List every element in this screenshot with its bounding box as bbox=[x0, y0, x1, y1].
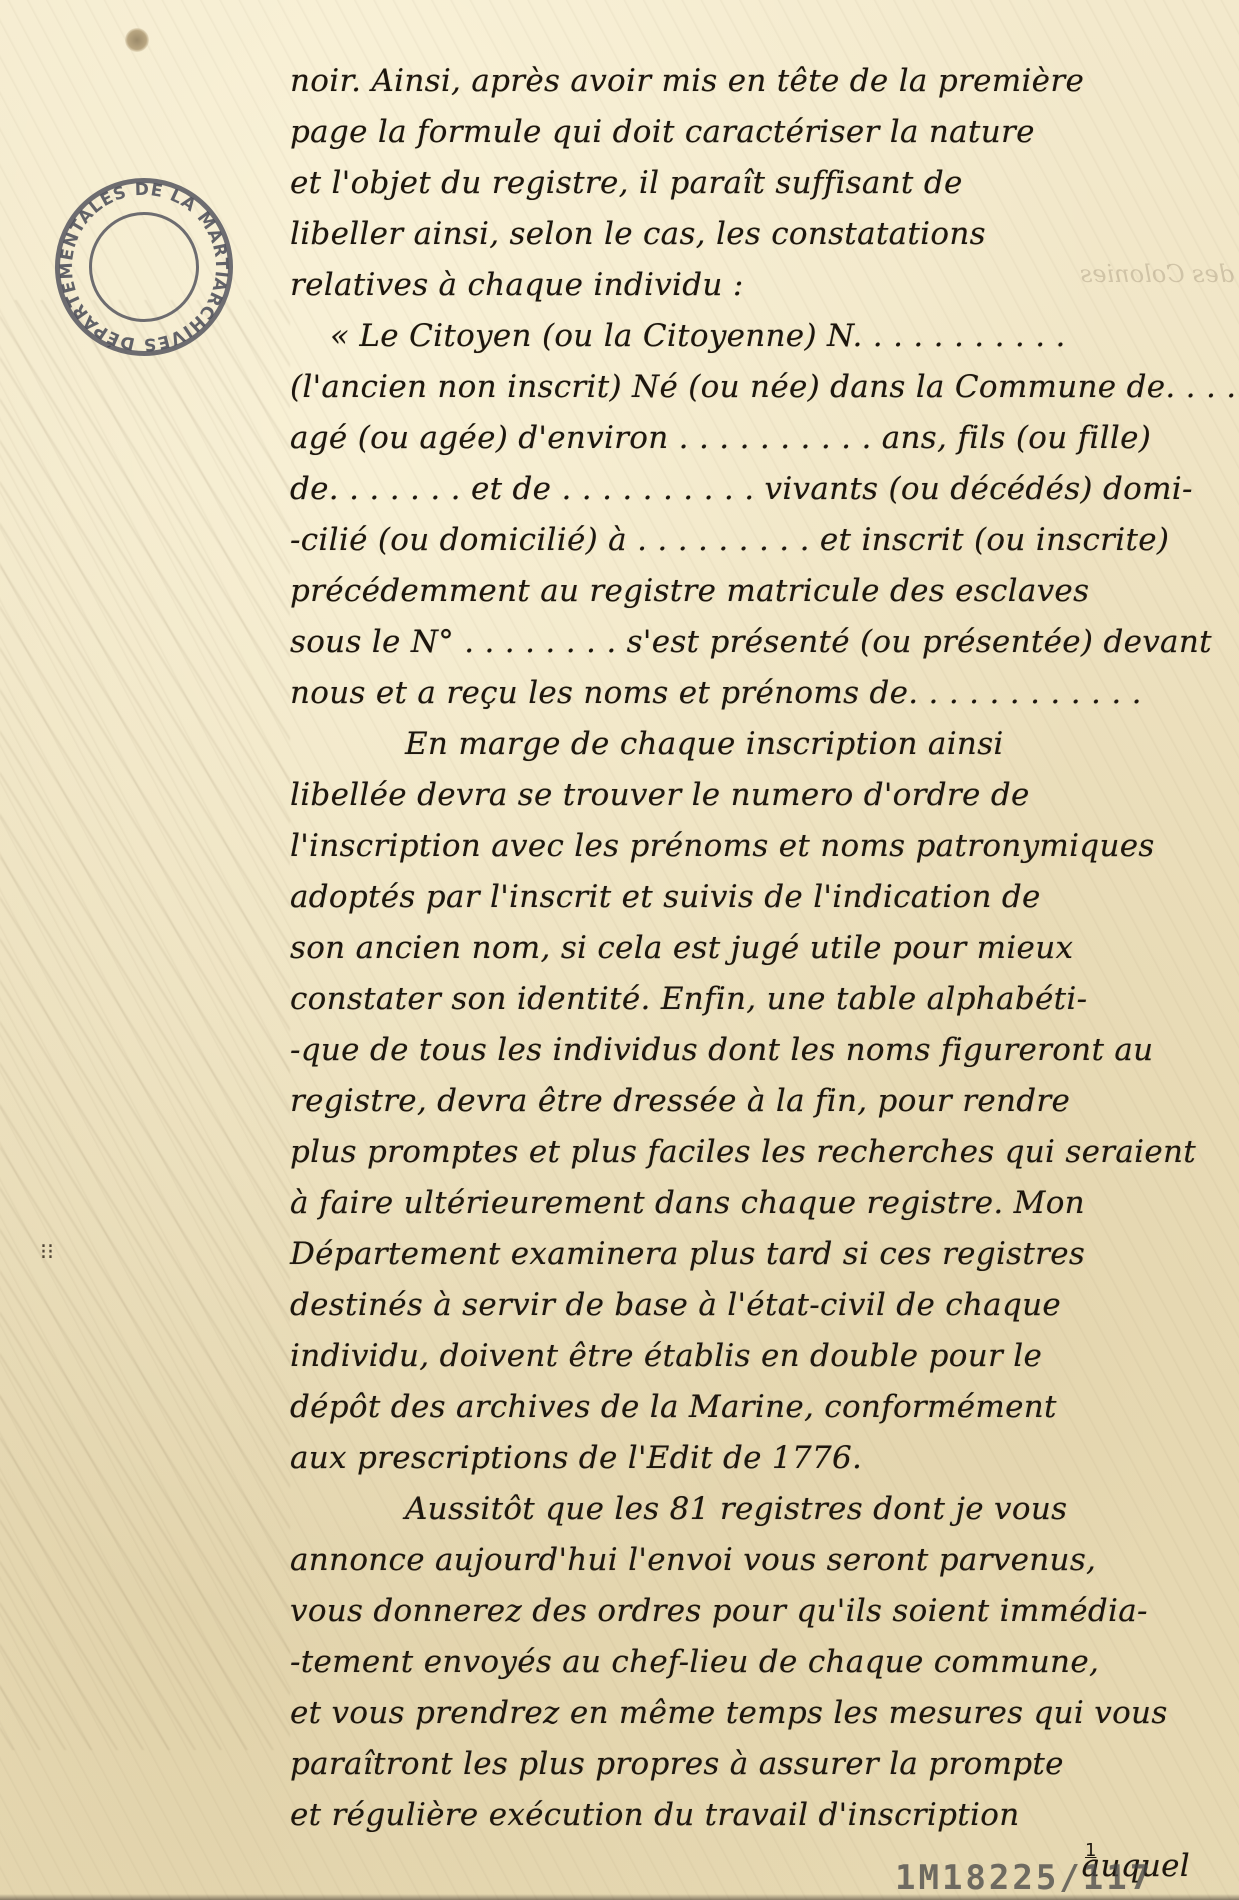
archive-stamp: ARCHIVES DÉPARTEMENTALES DE LA MARTINIQU… bbox=[43, 166, 244, 367]
handwritten-text-block: noir. Ainsi, après avoir mis en tête de … bbox=[290, 56, 1210, 1892]
text-line: vous donnerez des ordres pour qu'ils soi… bbox=[290, 1586, 1210, 1637]
text-line: agé (ou agée) d'environ . . . . . . . . … bbox=[290, 413, 1210, 464]
text-line: libeller ainsi, selon le cas, les consta… bbox=[290, 209, 1210, 260]
text-line: constater son identité. Enfin, une table… bbox=[290, 974, 1210, 1025]
text-line: (l'ancien non inscrit) Né (ou née) dans … bbox=[290, 362, 1210, 413]
text-line: relatives à chaque individu : bbox=[290, 260, 1210, 311]
text-line: destinés à servir de base à l'état-civil… bbox=[290, 1280, 1210, 1331]
text-line: et l'objet du registre, il paraît suffis… bbox=[290, 158, 1210, 209]
text-line: -que de tous les individus dont les noms… bbox=[290, 1025, 1210, 1076]
margin-marks: ⁝⁝ bbox=[40, 1240, 54, 1265]
text-line: Département examinera plus tard si ces r… bbox=[290, 1229, 1210, 1280]
text-line: page la formule qui doit caractériser la… bbox=[290, 107, 1210, 158]
text-line: dépôt des archives de la Marine, conform… bbox=[290, 1382, 1210, 1433]
text-line: de. . . . . . . et de . . . . . . . . . … bbox=[290, 464, 1210, 515]
text-line: annonce aujourd'hui l'envoi vous seront … bbox=[290, 1535, 1210, 1586]
text-line: « Le Citoyen (ou la Citoyenne) N. . . . … bbox=[290, 311, 1210, 362]
text-line: précédemment au registre matricule des e… bbox=[290, 566, 1210, 617]
binding-hole bbox=[125, 28, 149, 52]
text-line: -cilié (ou domicilié) à . . . . . . . . … bbox=[290, 515, 1210, 566]
text-line: et vous prendrez en même temps les mesur… bbox=[290, 1688, 1210, 1739]
text-line: son ancien nom, si cela est jugé utile p… bbox=[290, 923, 1210, 974]
text-line: libellée devra se trouver le numero d'or… bbox=[290, 770, 1210, 821]
text-line: -tement envoyés au chef-lieu de chaque c… bbox=[290, 1637, 1210, 1688]
text-line: aux prescriptions de l'Edit de 1776. bbox=[290, 1433, 1210, 1484]
archive-reference: 1M18225/117 bbox=[895, 1858, 1153, 1898]
text-line: à faire ultérieurement dans chaque regis… bbox=[290, 1178, 1210, 1229]
text-line: nous et a reçu les noms et prénoms de. .… bbox=[290, 668, 1210, 719]
text-line: individu, doivent être établis en double… bbox=[290, 1331, 1210, 1382]
text-line: sous le N° . . . . . . . . s'est présent… bbox=[290, 617, 1210, 668]
paragraph-start-line: Aussitôt que les 81 registres dont je vo… bbox=[290, 1484, 1210, 1535]
text-line: paraîtront les plus propres à assurer la… bbox=[290, 1739, 1210, 1790]
text-line: et régulière exécution du travail d'insc… bbox=[290, 1790, 1210, 1841]
text-line: registre, devra être dressée à la fin, p… bbox=[290, 1076, 1210, 1127]
bleed-through-left-margin bbox=[0, 300, 290, 1750]
text-line: plus promptes et plus faciles les recher… bbox=[290, 1127, 1210, 1178]
document-page: Direction des Colonies ARCHIVES DÉPARTEM… bbox=[0, 0, 1239, 1900]
text-line: adoptés par l'inscrit et suivis de l'ind… bbox=[290, 872, 1210, 923]
text-line: noir. Ainsi, après avoir mis en tête de … bbox=[290, 56, 1210, 107]
page-bottom-edge bbox=[0, 1894, 1239, 1900]
paragraph-start-line: En marge de chaque inscription ainsi bbox=[290, 719, 1210, 770]
text-line: l'inscription avec les prénoms et noms p… bbox=[290, 821, 1210, 872]
